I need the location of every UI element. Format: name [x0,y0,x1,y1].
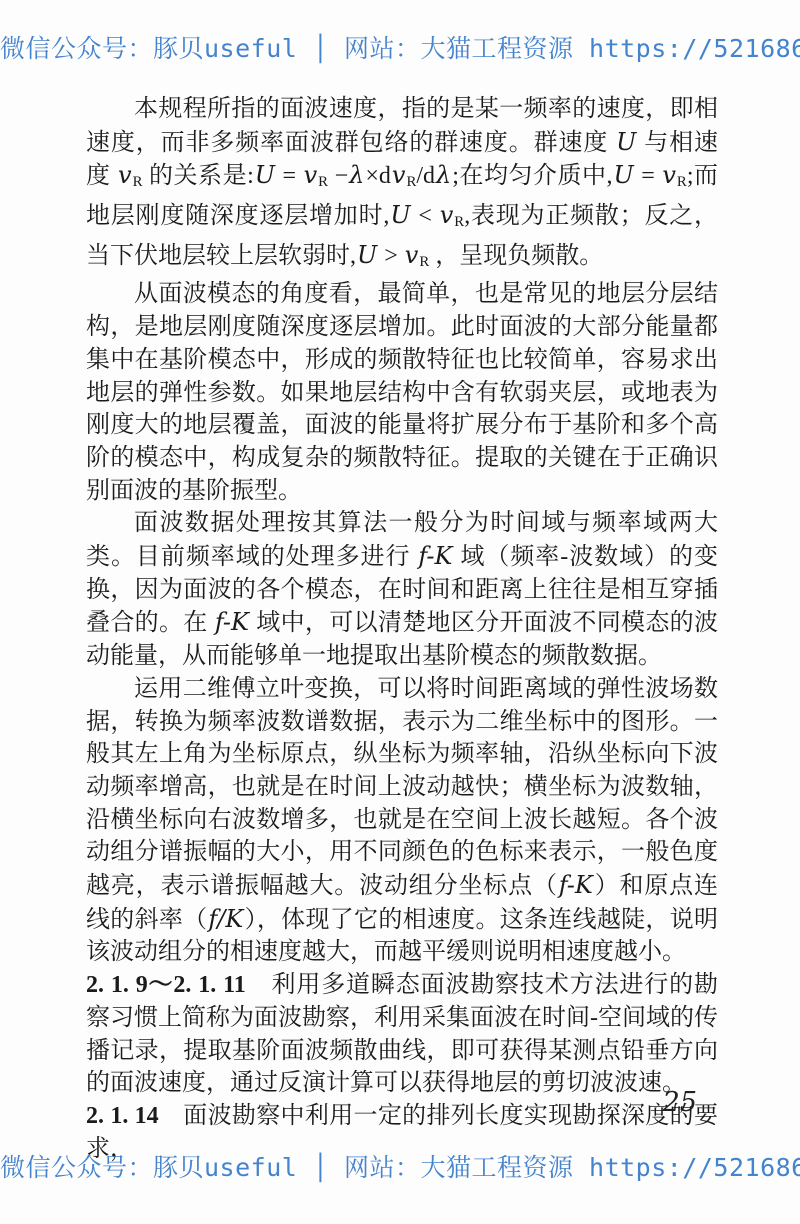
text-run: 运用二维傅立叶变换，可以将时间距离域的弹性波场数据，转换为频率波数谱数据，表示为… [86,676,718,899]
math-variable: f-K [558,871,594,899]
math-variable: v [117,161,133,189]
math-variable: λ [435,161,452,189]
math-subscript: R [133,174,143,190]
header-watermark: 微信公众号：豚贝useful │ 网站：大猫工程资源 https://52168… [0,29,800,65]
paragraph: 从面波模态的角度看，最简单，也是常见的地层分层结构，是地层刚度随深度逐层增加。此… [86,278,718,507]
scanned-document-page: { "watermark": { "text": "微信公众号：豚贝useful… [0,0,800,1224]
math-variable: f-K [417,542,453,570]
text-run: < [412,203,439,229]
math-variable: f/K [207,905,244,933]
math-variable: v [303,161,319,189]
paragraph: 面波数据处理按其算法一般分为时间域与频率域两大类。目前频率域的处理多进行 f-K… [86,507,718,673]
text-run: ×d [365,163,391,189]
math-variable: U [254,161,276,189]
section-number: 2. 1. 14 [86,1103,159,1129]
footer-watermark: 微信公众号：豚贝useful │ 网站：大猫工程资源 https://52168… [0,1148,800,1184]
body-text: 本规程所指的面波速度，指的是某一频率的速度，即相速度，而非多频率面波群包络的群速… [86,93,718,1165]
math-variable: v [439,201,455,229]
text-run: 从面波模态的角度看，最简单，也是常见的地层分层结构，是地层刚度随深度逐层增加。此… [86,281,718,503]
math-variable: v [661,161,677,189]
page-number: 25 [663,1087,697,1118]
text-run: 的关系是: [143,163,254,189]
math-variable: v [391,161,407,189]
text-run: > [378,243,404,269]
math-variable: U [615,128,637,156]
math-variable: λ [348,161,365,189]
math-subscript: R [454,214,464,230]
math-variable: f-K [214,608,250,636]
math-variable: U [613,161,635,189]
math-subscript: R [406,174,416,190]
text-run: − [328,163,348,189]
math-subscript: R [318,174,328,190]
paragraph: 2. 1. 9～2. 1. 11 利用多道瞬态面波勘察技术方法进行的勘察习惯上简… [86,969,718,1100]
text-run: /d [416,163,435,189]
paragraph: 运用二维傅立叶变换，可以将时间距离域的弹性波场数据，转换为频率波数谱数据，表示为… [86,673,718,969]
paragraph: 本规程所指的面波速度，指的是某一频率的速度，即相速度，而非多频率面波群包络的群速… [86,93,718,278]
math-variable: U [356,241,378,269]
math-subscript: R [677,174,687,190]
text-run: ，呈现负频散。 [429,243,603,269]
text-run: ;在均匀介质中, [452,163,612,189]
math-subscript: R [419,254,429,270]
section-number: 2. 1. 9～2. 1. 11 [86,972,246,998]
math-variable: U [389,201,411,229]
math-variable: v [404,241,420,269]
text-run: = [276,163,303,189]
text-run: = [635,163,662,189]
